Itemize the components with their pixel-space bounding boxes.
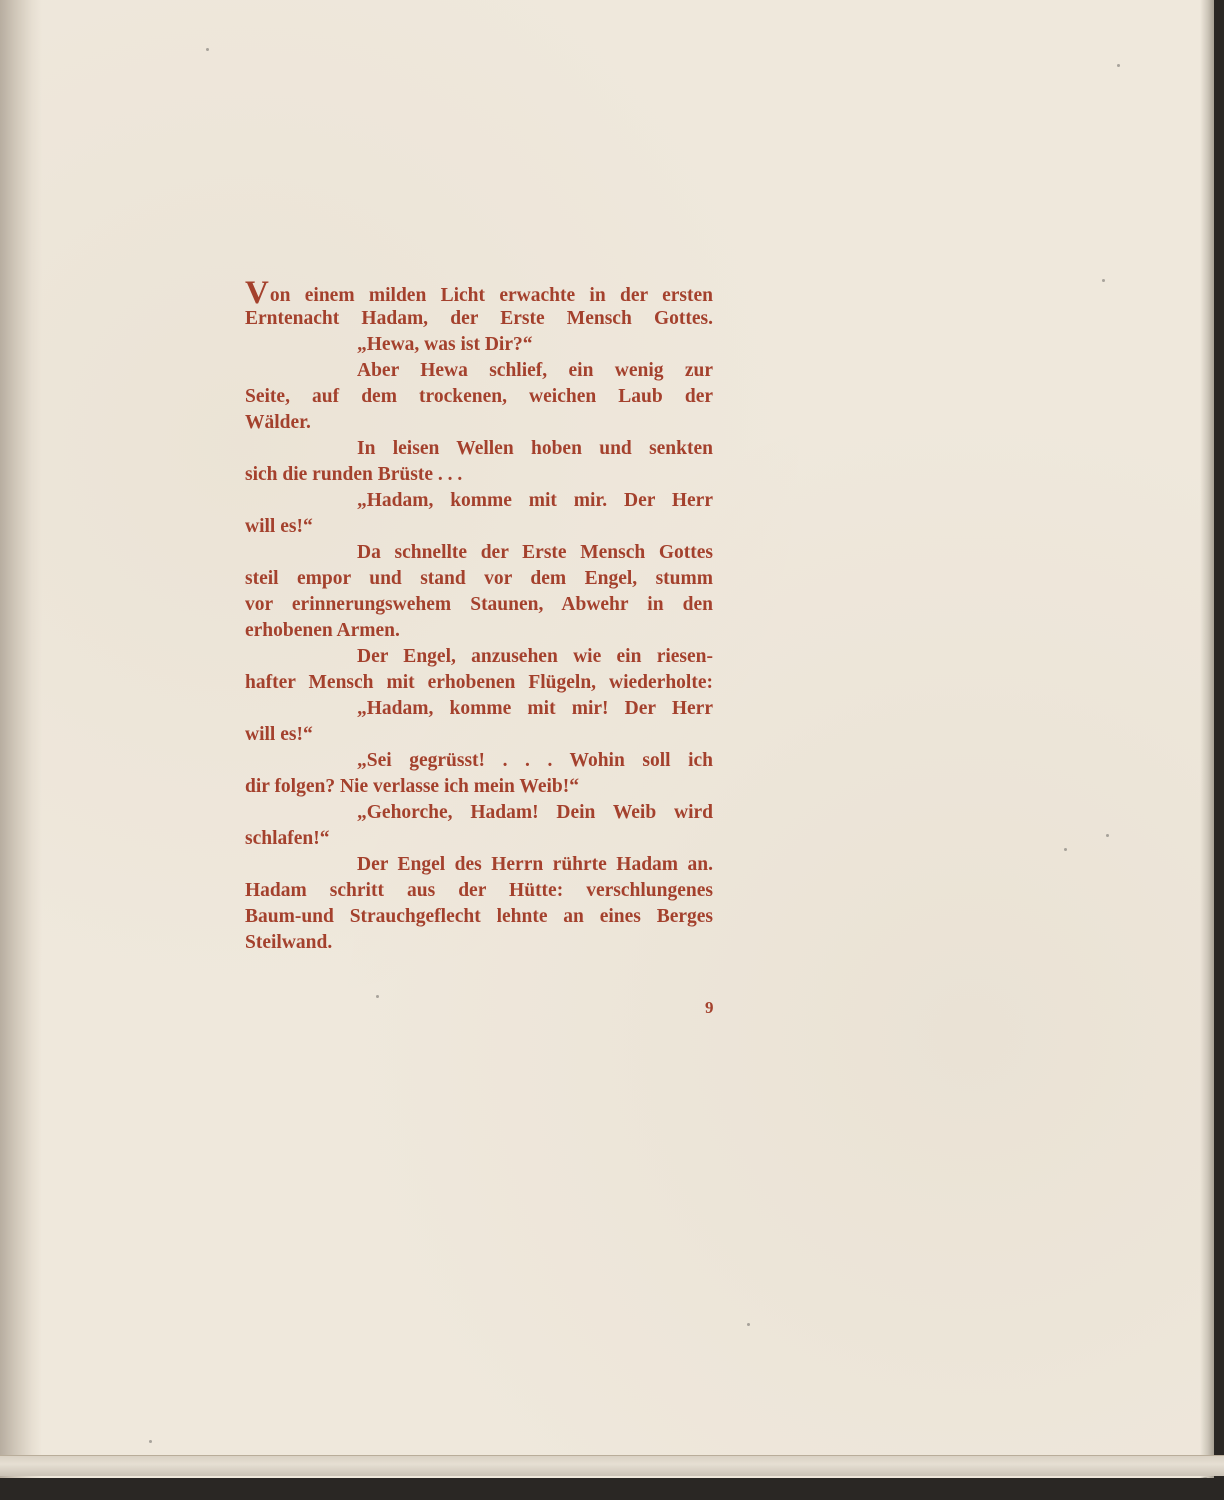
text-line: „Hewa, was ist Dir?“ bbox=[245, 332, 713, 358]
line-text: schlafen!“ bbox=[245, 828, 330, 849]
line-text: Der Engel des Herrn rührte Hadam an. bbox=[357, 854, 713, 875]
line-text: Seite, auf dem trockenen, weichen Laub d… bbox=[245, 386, 713, 407]
paper-speck bbox=[149, 1440, 152, 1443]
line-text: vor erinnerungswehem Staunen, Abwehr in … bbox=[245, 594, 713, 615]
text-line: will es!“ bbox=[245, 722, 713, 748]
text-line: „Hadam, komme mit mir! Der Herr bbox=[245, 696, 713, 722]
line-text: Der Engel, anzusehen wie ein riesen- bbox=[357, 646, 713, 667]
page-right-edge bbox=[1200, 0, 1214, 1478]
text-line: steil empor und stand vor dem Engel, stu… bbox=[245, 566, 713, 592]
text-line: erhobenen Armen. bbox=[245, 618, 713, 644]
text-line: „Hadam, komme mit mir. Der Herr bbox=[245, 488, 713, 514]
text-line: Seite, auf dem trockenen, weichen Laub d… bbox=[245, 384, 713, 410]
text-line: „Gehorche, Hadam! Dein Weib wird bbox=[245, 800, 713, 826]
paper-speck bbox=[1106, 834, 1109, 837]
paper-speck bbox=[747, 1323, 750, 1326]
drop-cap: V bbox=[245, 280, 269, 306]
line-text: Hadam schritt aus der Hütte: verschlunge… bbox=[245, 880, 713, 901]
line-text: will es!“ bbox=[245, 724, 313, 745]
text-line: Wälder. bbox=[245, 410, 713, 436]
line-text: sich die runden Brüste . . . bbox=[245, 464, 462, 485]
text-line: „Sei gegrüsst! . . . Wohin soll ich bbox=[245, 748, 713, 774]
text-line: schlafen!“ bbox=[245, 826, 713, 852]
line-text: Erntenacht Hadam, der Erste Mensch Gotte… bbox=[245, 308, 713, 329]
text-line: Der Engel des Herrn rührte Hadam an. bbox=[245, 852, 713, 878]
page-number: 9 bbox=[705, 998, 714, 1018]
paper-speck bbox=[1064, 848, 1067, 851]
text-line: Hadam schritt aus der Hütte: verschlunge… bbox=[245, 878, 713, 904]
text-line: Da schnellte der Erste Mensch Gottes bbox=[245, 540, 713, 566]
paper-speck bbox=[1117, 64, 1120, 67]
line-text: „Hewa, was ist Dir?“ bbox=[357, 334, 532, 355]
text-line: Aber Hewa schlief, ein wenig zur bbox=[245, 358, 713, 384]
paper-speck bbox=[376, 995, 379, 998]
text-line: will es!“ bbox=[245, 514, 713, 540]
line-text: hafter Mensch mit erhobenen Flügeln, wie… bbox=[245, 672, 713, 693]
text-line: Steilwand. bbox=[245, 930, 713, 956]
text-line: dir folgen? Nie verlasse ich mein Weib!“ bbox=[245, 774, 713, 800]
text-line: sich die runden Brüste . . . bbox=[245, 462, 713, 488]
line-text: „Gehorche, Hadam! Dein Weib wird bbox=[357, 802, 713, 823]
text-line: Von einem milden Licht erwachte in der e… bbox=[245, 280, 713, 306]
line-text: Baum-und Strauchgeflecht lehnte an eines… bbox=[245, 906, 713, 927]
paper-speck bbox=[1102, 279, 1105, 282]
text-line: Baum-und Strauchgeflecht lehnte an eines… bbox=[245, 904, 713, 930]
line-text: „Sei gegrüsst! . . . Wohin soll ich bbox=[357, 750, 713, 771]
line-text: Wälder. bbox=[245, 412, 311, 433]
line-text: Aber Hewa schlief, ein wenig zur bbox=[357, 360, 713, 381]
text-line: In leisen Wellen hoben und senkten bbox=[245, 436, 713, 462]
body-text: Von einem milden Licht erwachte in der e… bbox=[245, 280, 713, 956]
line-text: In leisen Wellen hoben und senkten bbox=[357, 438, 713, 459]
text-line: hafter Mensch mit erhobenen Flügeln, wie… bbox=[245, 670, 713, 696]
line-text: „Hadam, komme mit mir. Der Herr bbox=[357, 490, 713, 511]
line-text: on einem milden Licht erwachte in der er… bbox=[270, 285, 713, 306]
page-spine-shadow bbox=[0, 0, 42, 1478]
book-page: Von einem milden Licht erwachte in der e… bbox=[0, 0, 1214, 1478]
text-line: vor erinnerungswehem Staunen, Abwehr in … bbox=[245, 592, 713, 618]
text-line: Der Engel, anzusehen wie ein riesen- bbox=[245, 644, 713, 670]
line-text: Steilwand. bbox=[245, 932, 332, 953]
line-text: dir folgen? Nie verlasse ich mein Weib!“ bbox=[245, 776, 579, 797]
line-text: erhobenen Armen. bbox=[245, 620, 400, 641]
line-text: Da schnellte der Erste Mensch Gottes bbox=[357, 542, 713, 563]
text-line: Erntenacht Hadam, der Erste Mensch Gotte… bbox=[245, 306, 713, 332]
page-bottom-edge bbox=[0, 1455, 1224, 1476]
paper-speck bbox=[206, 48, 209, 51]
line-text: „Hadam, komme mit mir! Der Herr bbox=[357, 698, 713, 719]
line-text: steil empor und stand vor dem Engel, stu… bbox=[245, 568, 713, 589]
line-text: will es!“ bbox=[245, 516, 313, 537]
